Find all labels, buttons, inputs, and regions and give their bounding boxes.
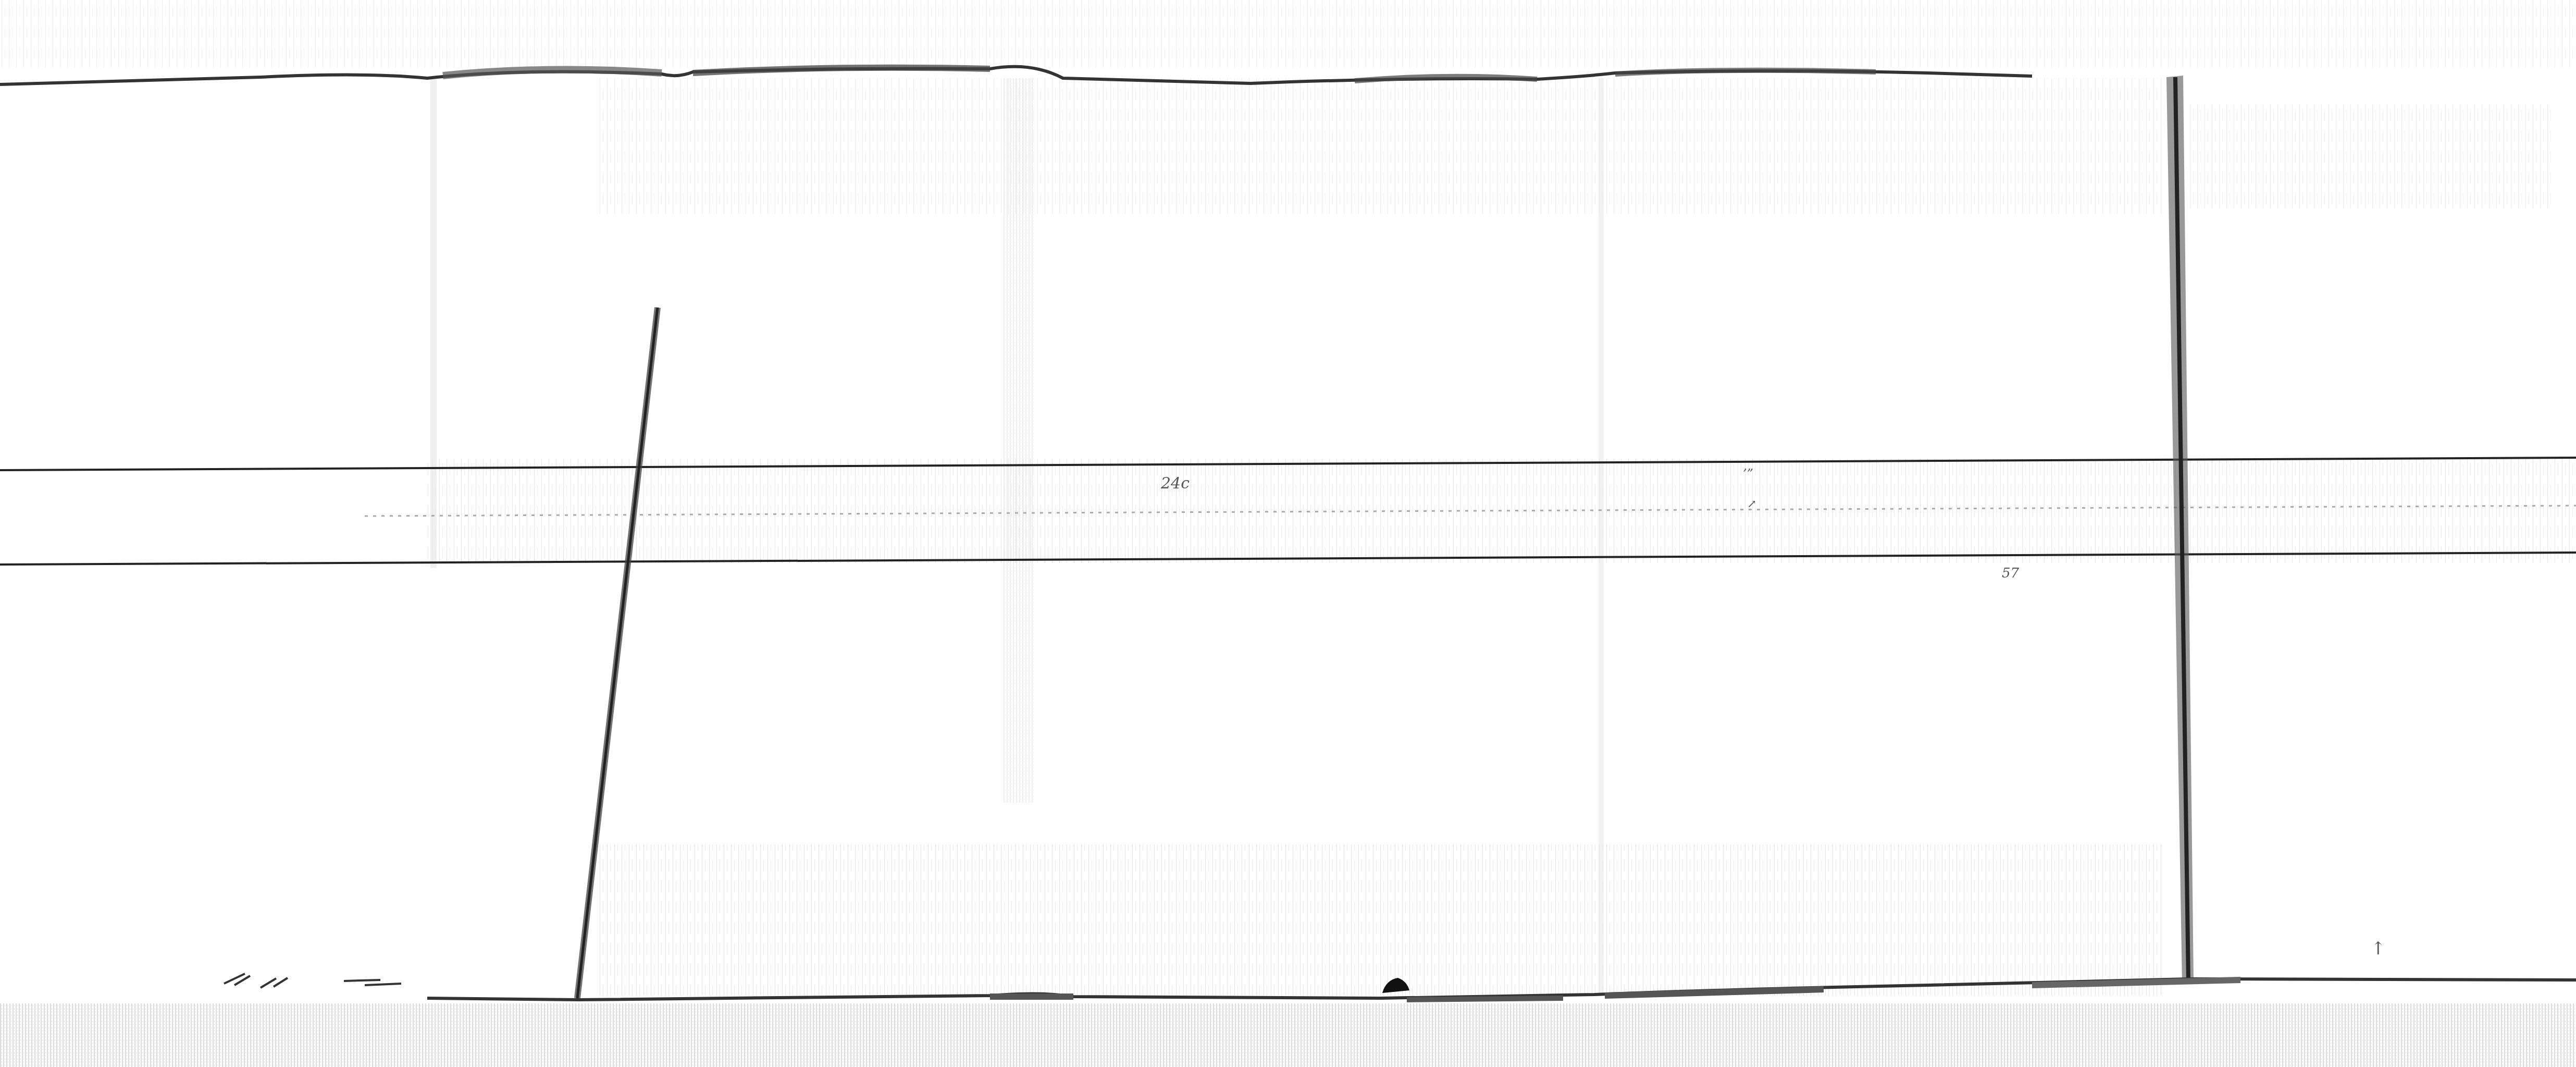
hatch-marks [224,974,401,988]
annotation-label: 24c [1161,474,1190,493]
annotation-label: ’” [1743,467,1753,481]
annotation-label: ↗ [1747,498,1756,511]
arrow-mark: ↑ [2371,938,2386,959]
annotation-label: 57 [2002,566,2019,581]
scanned-drawing [0,0,2576,1067]
